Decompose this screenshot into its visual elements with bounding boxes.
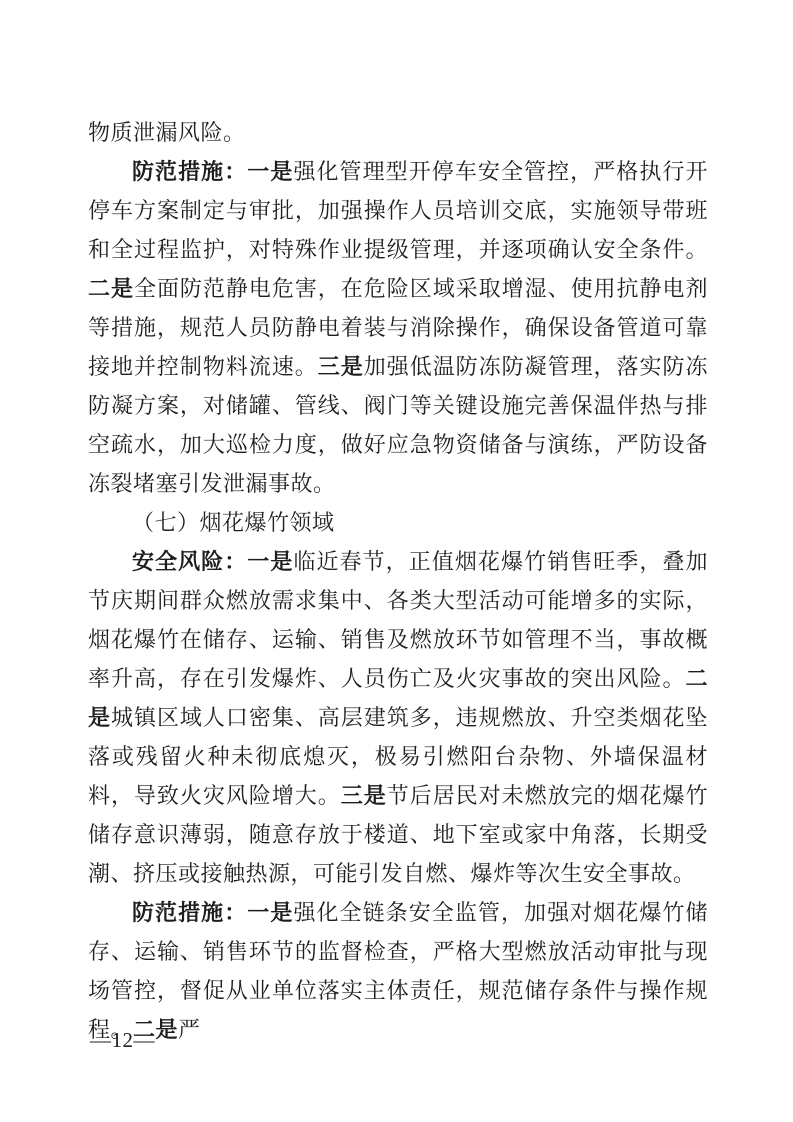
page-number: —12—	[90, 1028, 155, 1052]
paragraph-prevention-measures-fireworks: 防范措施：一是强化全链条安全监管，加强对烟花爆竹储存、运输、销售环节的监督检查，…	[88, 893, 708, 1049]
text-run: 严	[178, 1017, 201, 1042]
section-heading-fireworks: （七）烟花爆竹领域	[88, 503, 708, 542]
bold-text-run: 防范措施：一是	[132, 159, 293, 184]
paragraph-continuation: 物质泄漏风险。	[88, 113, 708, 152]
paragraph-safety-risks-fireworks: 安全风险：一是临近春节，正值烟花爆竹销售旺季，叠加节庆期间群众燃放需求集中、各类…	[88, 542, 708, 893]
paragraph-prevention-measures-chemical: 防范措施：一是强化管理型开停车安全管控，严格执行开停车方案制定与审批，加强操作人…	[88, 152, 708, 503]
bold-text-run: 三是	[318, 354, 364, 379]
bold-text-run: 三是	[341, 783, 387, 808]
bold-text-run: 防范措施：一是	[132, 900, 293, 925]
heading-text: （七）烟花爆竹领域	[132, 510, 335, 535]
document-body: 物质泄漏风险。 防范措施：一是强化管理型开停车安全管控，严格执行开停车方案制定与…	[88, 113, 708, 1049]
text-run: 物质泄漏风险。	[88, 120, 246, 145]
bold-text-run: 二是	[88, 276, 134, 301]
bold-text-run: 安全风险：一是	[132, 549, 293, 574]
document-page: 物质泄漏风险。 防范措施：一是强化管理型开停车安全管控，严格执行开停车方案制定与…	[0, 0, 793, 1122]
